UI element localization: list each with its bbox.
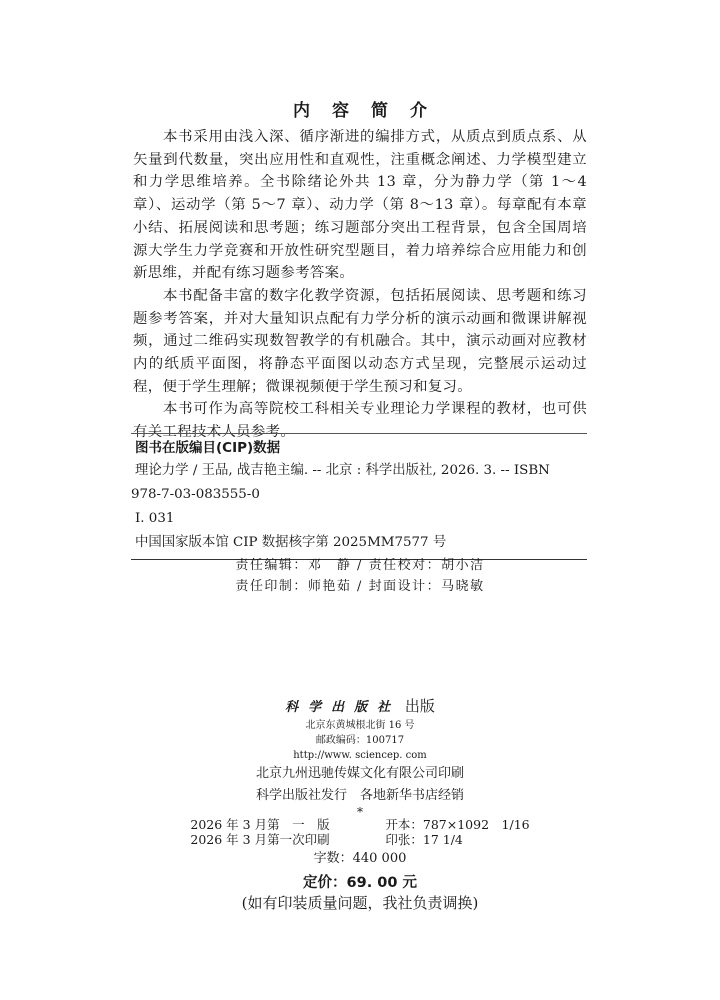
separator-asterisk: * [0, 807, 720, 817]
credit-line-editor: 责任编辑：邓 静 / 责任校对：胡小洁 [0, 555, 720, 576]
cip-record: 理论力学 / 王品, 战吉艳主编. -- 北京 : 科学出版社, 2026. 3… [131, 459, 587, 483]
cip-data-block: 图书在版编目(CIP)数据 理论力学 / 王品, 战吉艳主编. -- 北京 : … [131, 433, 587, 560]
edition-info: 2026 年 3 月第 一 版开本：787×1092 1/16 2026 年 3… [190, 817, 529, 847]
abstract-paragraph: 本书采用由浅入深、循序渐进的编排方式，从质点到质点系、从矢量到代数量，突出应用性… [133, 126, 587, 285]
distribution: 科学出版社发行 各地新华书店经销 [0, 785, 720, 807]
section-title: 内容简介 [0, 99, 720, 123]
publisher-website: http://www. sciencep. com [0, 748, 720, 763]
printing-date: 2026 年 3 月第一次印刷 [190, 832, 385, 847]
word-count: 字数：440 000 [0, 848, 720, 870]
imprint-block: 科学出版社 出版 北京东黄城根北街 16 号 邮政编码：100717 http:… [0, 696, 720, 912]
publisher-logo: 科学出版社 [285, 700, 400, 715]
publisher-postcode: 邮政编码：100717 [0, 733, 720, 748]
sheet-count: 印张：17 1/4 [385, 832, 463, 847]
format-size: 开本：787×1092 1/16 [385, 817, 529, 832]
editorial-credits: 责任编辑：邓 静 / 责任校对：胡小洁 责任印制：师艳茹 / 封面设计：马晓敏 [0, 555, 720, 597]
abstract-paragraph: 本书配备丰富的数字化教学资源，包括拓展阅读、思考题和练习题参考答案，并对大量知识… [133, 285, 587, 399]
cip-heading: 图书在版编目(CIP)数据 [131, 437, 587, 459]
credit-line-printing: 责任印制：师艳茹 / 封面设计：马晓敏 [0, 576, 720, 597]
abstract-body: 本书采用由浅入深、循序渐进的编排方式，从质点到质点系、从矢量到代数量，突出应用性… [133, 126, 587, 444]
cip-isbn: 978-7-03-083555-0 [131, 483, 587, 507]
cip-classification: Ⅰ. 031 [131, 507, 587, 531]
price: 定价：69. 00 元 [0, 872, 720, 894]
quality-notice: (如有印装质量问题，我社负责调换) [0, 894, 720, 912]
publisher-address: 北京东黄城根北街 16 号 [0, 718, 720, 733]
cip-approval-number: 中国国家版本馆 CIP 数据核字第 2025MM7577 号 [131, 531, 587, 555]
publisher-line: 科学出版社 出版 [0, 696, 720, 718]
edition-date: 2026 年 3 月第 一 版 [190, 817, 385, 832]
printer: 北京九州迅驰传媒文化有限公司印刷 [0, 763, 720, 785]
publisher-suffix: 出版 [405, 697, 435, 715]
